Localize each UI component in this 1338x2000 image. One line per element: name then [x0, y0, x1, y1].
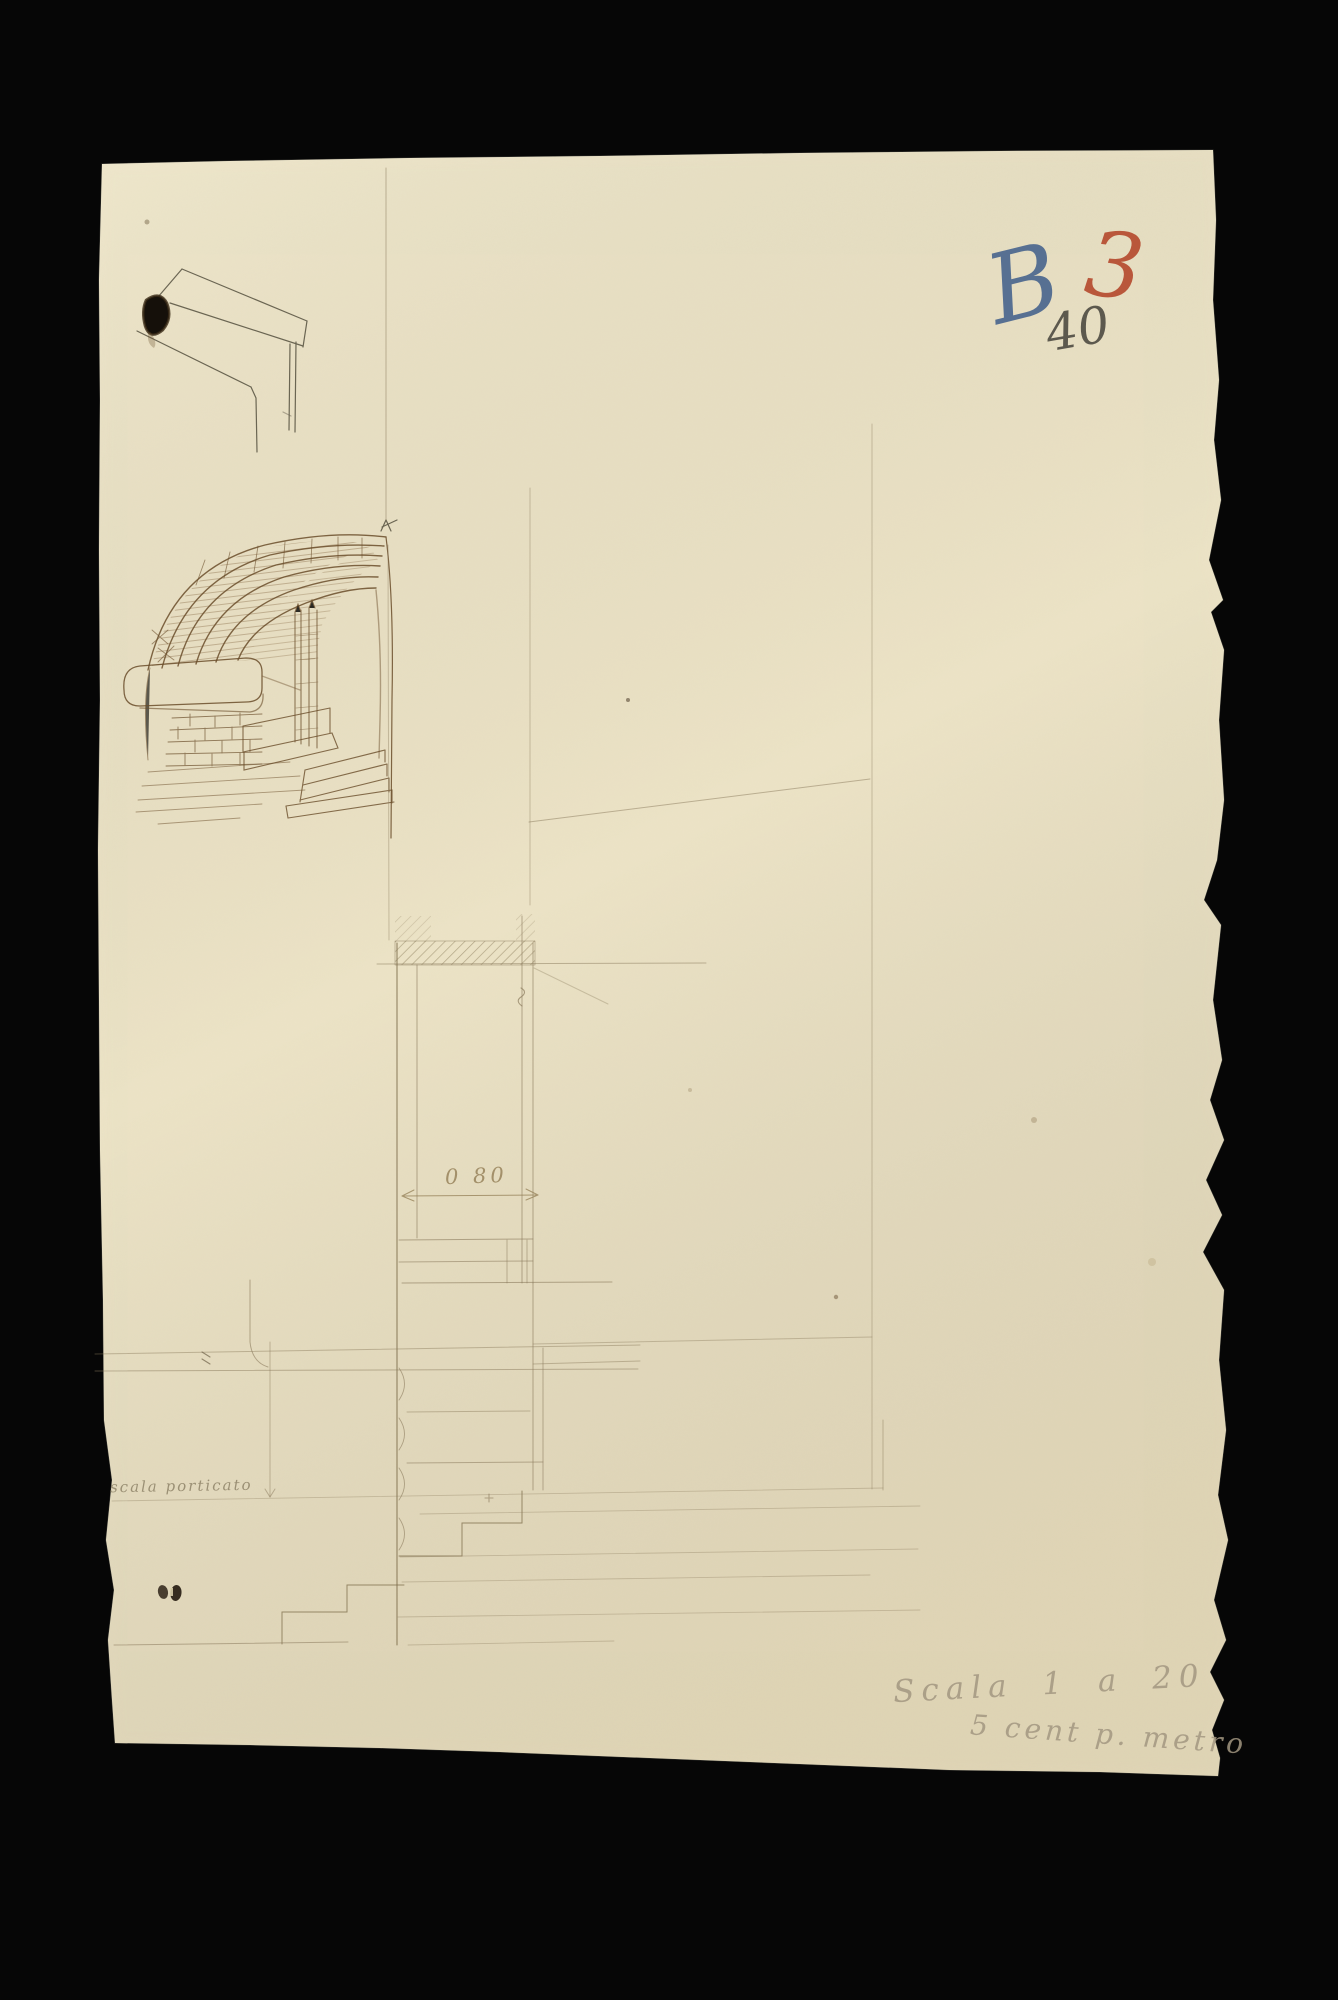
- paper-texture: [90, 140, 1240, 1790]
- drawing-sheet-svg: [0, 0, 1338, 2000]
- scanned-document-photo: B 3 40 0 80 scala porticato Scala 1 a 20…: [0, 0, 1338, 2000]
